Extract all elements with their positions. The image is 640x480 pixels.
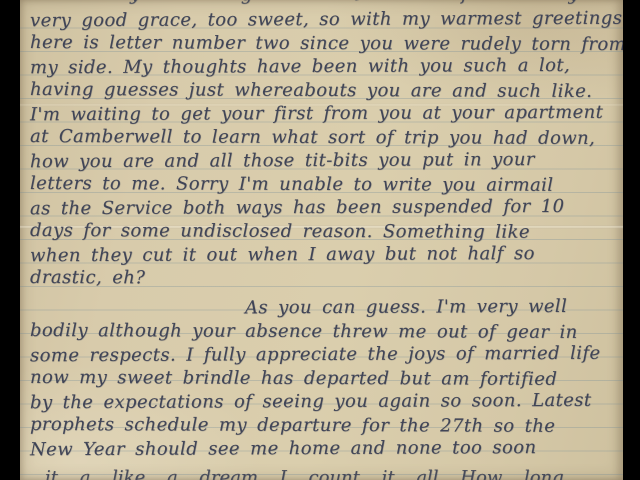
letter-line: letters to me. Sorry I'm unable to write… [30,171,618,197]
letter-line: bodily although your absence threw me ou… [30,318,618,344]
letter-line: very good grace, too sweet, so with my w… [30,7,618,33]
letter-line: here is letter number two since you were… [30,30,618,56]
letter-line: some respects. I fully appreciate the jo… [30,342,618,368]
letter-line: now my sweet brindle has departed but am… [30,365,618,391]
letter-line: New Year should see me home and none too… [30,436,618,462]
letter-line-cropped-top: y g t f y [30,0,579,5]
letter-line: when they cut it out when I away but not… [30,242,618,268]
letter-line: as the Service both ways has been suspen… [30,195,618,221]
letter-page: y g t f y very good grace, too sweet, so… [20,0,623,480]
letter-line: by the expectations of seeing you again … [30,389,618,415]
letter-line: how you are and all those tit-bits you p… [30,148,618,174]
letter-line-paragraph-start: As you can guess. I'm very well [30,295,618,321]
letter-line: my side. My thoughts have been with you … [30,54,618,80]
letter-line: days for some undisclosed reason. Someth… [30,218,618,244]
letter-line: drastic, eh? [30,265,618,291]
letter-line: having guesses just whereabouts you are … [30,77,618,103]
scan-background: y g t f y very good grace, too sweet, so… [0,0,640,480]
letter-body: very good grace, too sweet, so with my w… [30,8,618,461]
letter-line-cropped-bottom: it a like a dream I count it all How lon… [30,467,564,480]
letter-line: prophets schedule my departure for the 2… [30,412,618,438]
letter-line: I'm waiting to get your first from you a… [30,101,618,127]
letter-line: at Camberwell to learn what sort of trip… [30,124,618,150]
